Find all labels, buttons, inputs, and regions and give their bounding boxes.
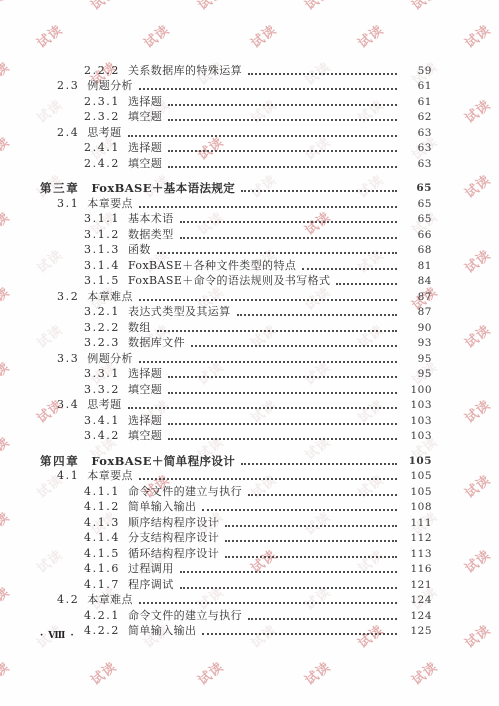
dot-leader	[225, 555, 397, 558]
toc-row: 3.2.2数组90	[40, 319, 432, 335]
toc-entry-page: 62	[402, 110, 432, 124]
toc-entry-number: 3.2.1	[84, 305, 120, 319]
dot-leader	[237, 313, 397, 316]
toc-entry-page: 112	[402, 531, 432, 545]
toc-row: 4.2.2简单输入输出125	[40, 623, 432, 639]
dot-leader	[139, 298, 397, 301]
toc-entry-number: 3.1.5	[84, 274, 120, 288]
toc-entry-page: 63	[402, 126, 432, 140]
toc-entry-page: 63	[402, 141, 432, 155]
toc-entry-title: 本章要点	[87, 197, 133, 211]
toc-row: 3.2.3数据库文件93	[40, 335, 432, 351]
toc-entry-title: 命令文件的建立与执行	[128, 485, 242, 499]
toc-list: 2.2.2关系数据库的特殊运算592.3例题分析612.3.1选择题612.3.…	[40, 62, 432, 638]
toc-entry-number: 第四章	[40, 454, 79, 468]
dot-leader	[180, 570, 397, 573]
toc-entry-page: 65	[402, 212, 432, 226]
toc-row: 3.2本章难点87	[40, 288, 432, 304]
toc-entry-title: 表达式类型及其运算	[128, 305, 231, 319]
toc-row: 4.2.1命令文件的建立与执行124	[40, 607, 432, 623]
toc-entry-title: 例题分析	[87, 352, 133, 366]
toc-entry-page: 61	[402, 95, 432, 109]
toc-row: 2.4.1选择题63	[40, 140, 432, 156]
watermark-text: 试读	[0, 0, 13, 14]
toc-row: 4.1.5循环结构程序设计113	[40, 545, 432, 561]
toc-row: 2.3.1选择题61	[40, 93, 432, 109]
toc-entry-title: 过程调用	[128, 562, 174, 576]
toc-row: 第四章FoxBASE＋简单程序设计105	[40, 452, 432, 468]
dot-leader	[168, 118, 397, 121]
toc-row: 4.1.3顺序结构程序设计111	[40, 514, 432, 530]
toc-row: 3.1.5FoxBASE＋命令的语法规则及书写格式84	[40, 273, 432, 289]
toc-entry-page: 113	[402, 547, 432, 561]
dot-leader	[248, 617, 397, 620]
toc-entry-number: 3.4.2	[84, 429, 120, 443]
toc-entry-page: 87	[402, 305, 432, 319]
toc-entry-title: 选择题	[128, 414, 162, 428]
toc-entry-title: 函数	[128, 243, 151, 257]
dot-leader	[225, 524, 397, 527]
toc-entry-number: 4.1	[57, 469, 79, 483]
toc-row: 第三章FoxBASE＋基本语法规定65	[40, 180, 432, 196]
watermark-text: 试读	[460, 169, 494, 201]
toc-entry-title: 简单输入输出	[128, 500, 196, 514]
page-number-footer: · Ⅷ ·	[40, 631, 75, 641]
toc-entry-number: 第三章	[40, 181, 79, 195]
dot-leader	[168, 103, 397, 106]
dot-leader	[202, 508, 397, 511]
toc-entry-page: 66	[402, 228, 432, 242]
toc-entry-page: 111	[402, 516, 432, 530]
dot-leader	[168, 165, 397, 168]
watermark-text: 试读	[460, 94, 494, 126]
toc-entry-page: 125	[402, 624, 432, 638]
toc-entry-title: 本章难点	[87, 290, 133, 304]
toc-entry-page: 93	[402, 336, 432, 350]
toc-entry-number: 2.3.1	[84, 95, 120, 109]
toc-row: 2.4.2填空题63	[40, 155, 432, 171]
toc-entry-title: 基本术语	[128, 212, 174, 226]
toc-row: 4.1.4分支结构程序设计112	[40, 530, 432, 546]
toc-entry-page: 87	[402, 290, 432, 304]
watermark-text: 试读	[0, 206, 13, 238]
toc-row: 4.1本章要点105	[40, 468, 432, 484]
watermark-text: 试读	[460, 19, 494, 51]
dot-leader	[168, 375, 397, 378]
watermark-text: 试读	[0, 656, 13, 688]
toc-entry-page: 95	[402, 352, 432, 366]
toc-entry-page: 84	[402, 274, 432, 288]
watermark-text: 试读	[460, 244, 494, 276]
toc-entry-number: 3.3	[57, 352, 79, 366]
toc-entry-number: 4.1.4	[84, 531, 120, 545]
toc-entry-number: 2.2.2	[84, 64, 120, 78]
toc-entry-title: 填空题	[128, 383, 162, 397]
toc-entry-page: 65	[402, 181, 432, 195]
watermark-text: 试读	[0, 431, 13, 463]
toc-entry-title: 关系数据库的特殊运算	[128, 64, 242, 78]
watermark-text: 试读	[0, 581, 13, 613]
watermark-text: 试读	[460, 394, 494, 426]
toc-entry-title: FoxBASE＋基本语法规定	[91, 181, 235, 195]
toc-entry-title: 命令文件的建立与执行	[128, 609, 242, 623]
toc-entry-page: 105	[402, 485, 432, 499]
toc-entry-title: 本章要点	[87, 469, 133, 483]
watermark-text: 试读	[460, 544, 494, 576]
toc-entry-title: 选择题	[128, 141, 162, 155]
toc-entry-title: 本章难点	[87, 593, 133, 607]
toc-entry-number: 3.1.4	[84, 259, 120, 273]
dot-leader	[139, 87, 397, 90]
dot-leader	[336, 282, 397, 285]
toc-entry-number: 3.4	[57, 398, 79, 412]
toc-row: 2.3.2填空题62	[40, 109, 432, 125]
toc-entry-title: 程序调试	[128, 578, 174, 592]
toc-row: 3.4思考题103	[40, 397, 432, 413]
toc-entry-page: 68	[402, 243, 432, 257]
dot-leader	[248, 72, 397, 75]
dot-leader	[180, 236, 397, 239]
toc-entry-title: 分支结构程序设计	[128, 531, 219, 545]
toc-row: 3.1.1基本术语65	[40, 211, 432, 227]
toc-row: 4.1.1命令文件的建立与执行105	[40, 483, 432, 499]
toc-entry-page: 65	[402, 197, 432, 211]
toc-entry-number: 3.3.2	[84, 383, 120, 397]
dot-leader	[139, 360, 397, 363]
watermark-text: 试读	[300, 656, 334, 688]
toc-row: 2.3例题分析61	[40, 78, 432, 94]
dot-leader	[168, 149, 397, 152]
dot-leader	[302, 267, 397, 270]
watermark-text: 试读	[193, 0, 227, 14]
watermark-text: 试读	[139, 19, 173, 51]
dot-leader	[139, 477, 397, 480]
dot-leader	[139, 601, 397, 604]
dot-leader	[225, 539, 397, 542]
toc-entry-title: 循环结构程序设计	[128, 547, 219, 561]
toc-entry-page: 95	[402, 367, 432, 381]
watermark-text: 试读	[0, 281, 13, 313]
toc-row: 4.1.6过程调用116	[40, 561, 432, 577]
toc-row: 3.1.3函数68	[40, 242, 432, 258]
watermark-text: 试读	[0, 131, 13, 163]
dot-leader	[248, 493, 397, 496]
toc-entry-number: 4.1.3	[84, 516, 120, 530]
toc-row: 3.1.4FoxBASE＋各种文件类型的特点81	[40, 257, 432, 273]
dot-leader	[180, 586, 397, 589]
toc-entry-number: 4.2	[57, 593, 79, 607]
toc-entry-number: 2.4	[57, 126, 79, 140]
toc-entry-title: 选择题	[128, 367, 162, 381]
toc-row: 2.4思考题63	[40, 124, 432, 140]
toc-entry-page: 61	[402, 79, 432, 93]
toc-entry-title: 简单输入输出	[128, 624, 196, 638]
toc-row: 3.2.1表达式类型及其运算87	[40, 304, 432, 320]
toc-entry-page: 103	[402, 414, 432, 428]
toc-entry-page: 116	[402, 562, 432, 576]
toc-row: 3.3.2填空题100	[40, 381, 432, 397]
dot-leader	[168, 437, 397, 440]
toc-row: 4.2本章难点124	[40, 592, 432, 608]
toc-row: 3.1.2数据类型66	[40, 226, 432, 242]
watermark-text: 试读	[300, 0, 334, 14]
toc-entry-number: 4.1.2	[84, 500, 120, 514]
dot-leader	[202, 632, 397, 635]
dot-leader	[157, 251, 397, 254]
toc-row: 3.4.1选择题103	[40, 412, 432, 428]
toc-entry-number: 3.2	[57, 290, 79, 304]
toc-entry-number: 2.4.1	[84, 141, 120, 155]
toc-row: 4.1.7程序调试121	[40, 576, 432, 592]
toc-entry-title: FoxBASE＋简单程序设计	[91, 454, 235, 468]
toc-entry-page: 105	[402, 469, 432, 483]
toc-entry-title: FoxBASE＋各种文件类型的特点	[128, 259, 296, 273]
toc-entry-page: 105	[402, 454, 432, 468]
watermark-text: 试读	[460, 619, 494, 651]
toc-row: 3.4.2填空题103	[40, 428, 432, 444]
toc-entry-title: 填空题	[128, 110, 162, 124]
watermark-text: 试读	[353, 19, 387, 51]
dot-leader	[157, 329, 397, 332]
toc-entry-page: 90	[402, 321, 432, 335]
toc-entry-number: 3.1.2	[84, 228, 120, 242]
toc-entry-page: 59	[402, 64, 432, 78]
toc-entry-title: 数据库文件	[128, 336, 185, 350]
toc-entry-number: 4.1.6	[84, 562, 120, 576]
dot-leader	[139, 205, 397, 208]
dot-leader	[241, 189, 397, 192]
toc-entry-number: 3.2.2	[84, 321, 120, 335]
toc-entry-page: 108	[402, 500, 432, 514]
watermark-text: 试读	[0, 356, 13, 388]
toc-entry-title: FoxBASE＋命令的语法规则及书写格式	[128, 274, 330, 288]
dot-leader	[168, 391, 397, 394]
toc-entry-number: 3.1	[57, 197, 79, 211]
watermark-text: 试读	[0, 506, 13, 538]
toc-entry-page: 63	[402, 157, 432, 171]
toc-entry-title: 填空题	[128, 429, 162, 443]
toc-entry-number: 3.1.3	[84, 243, 120, 257]
toc-row: 4.1.2简单输入输出108	[40, 499, 432, 515]
toc-entry-title: 选择题	[128, 95, 162, 109]
watermark-text: 试读	[0, 56, 13, 88]
toc-entry-page: 103	[402, 398, 432, 412]
toc-entry-number: 4.1.5	[84, 547, 120, 561]
toc-entry-title: 数据类型	[128, 228, 174, 242]
dot-leader	[191, 344, 397, 347]
dot-leader	[128, 134, 398, 137]
toc-entry-number: 2.4.2	[84, 157, 120, 171]
toc-entry-page: 103	[402, 429, 432, 443]
toc-entry-number: 2.3	[57, 79, 79, 93]
toc-row: 3.3.1选择题95	[40, 366, 432, 382]
watermark-text: 试读	[246, 19, 280, 51]
watermark-text: 试读	[193, 656, 227, 688]
toc-entry-title: 例题分析	[87, 79, 133, 93]
watermark-text: 试读	[86, 0, 120, 14]
toc-entry-page: 100	[402, 383, 432, 397]
toc-entry-title: 填空题	[128, 157, 162, 171]
watermark-text: 试读	[407, 656, 441, 688]
toc-entry-number: 3.2.3	[84, 336, 120, 350]
toc-entry-page: 124	[402, 609, 432, 623]
watermark-text: 试读	[460, 319, 494, 351]
watermark-text: 试读	[460, 469, 494, 501]
dot-leader	[241, 462, 397, 465]
dot-leader	[168, 422, 397, 425]
toc-entry-number: 3.1.1	[84, 212, 120, 226]
toc-entry-title: 思考题	[87, 398, 121, 412]
toc-entry-page: 81	[402, 259, 432, 273]
toc-entry-number: 4.2.1	[84, 609, 120, 623]
toc-entry-page: 121	[402, 578, 432, 592]
dot-leader	[128, 406, 398, 409]
toc-entry-title: 思考题	[87, 126, 121, 140]
toc-entry-title: 数组	[128, 321, 151, 335]
watermark-text: 试读	[86, 656, 120, 688]
dot-leader	[180, 220, 397, 223]
toc-entry-number: 3.4.1	[84, 414, 120, 428]
toc-row: 3.1本章要点65	[40, 195, 432, 211]
toc-entry-number: 2.3.2	[84, 110, 120, 124]
toc-entry-number: 4.2.2	[84, 624, 120, 638]
toc-entry-number: 3.3.1	[84, 367, 120, 381]
toc-row: 3.3例题分析95	[40, 350, 432, 366]
toc-entry-page: 124	[402, 593, 432, 607]
toc-entry-number: 4.1.1	[84, 485, 120, 499]
toc-row: 2.2.2关系数据库的特殊运算59	[40, 62, 432, 78]
toc-entry-title: 顺序结构程序设计	[128, 516, 219, 530]
toc-entry-number: 4.1.7	[84, 578, 120, 592]
watermark-text: 试读	[407, 0, 441, 14]
watermark-text: 试读	[32, 19, 66, 51]
